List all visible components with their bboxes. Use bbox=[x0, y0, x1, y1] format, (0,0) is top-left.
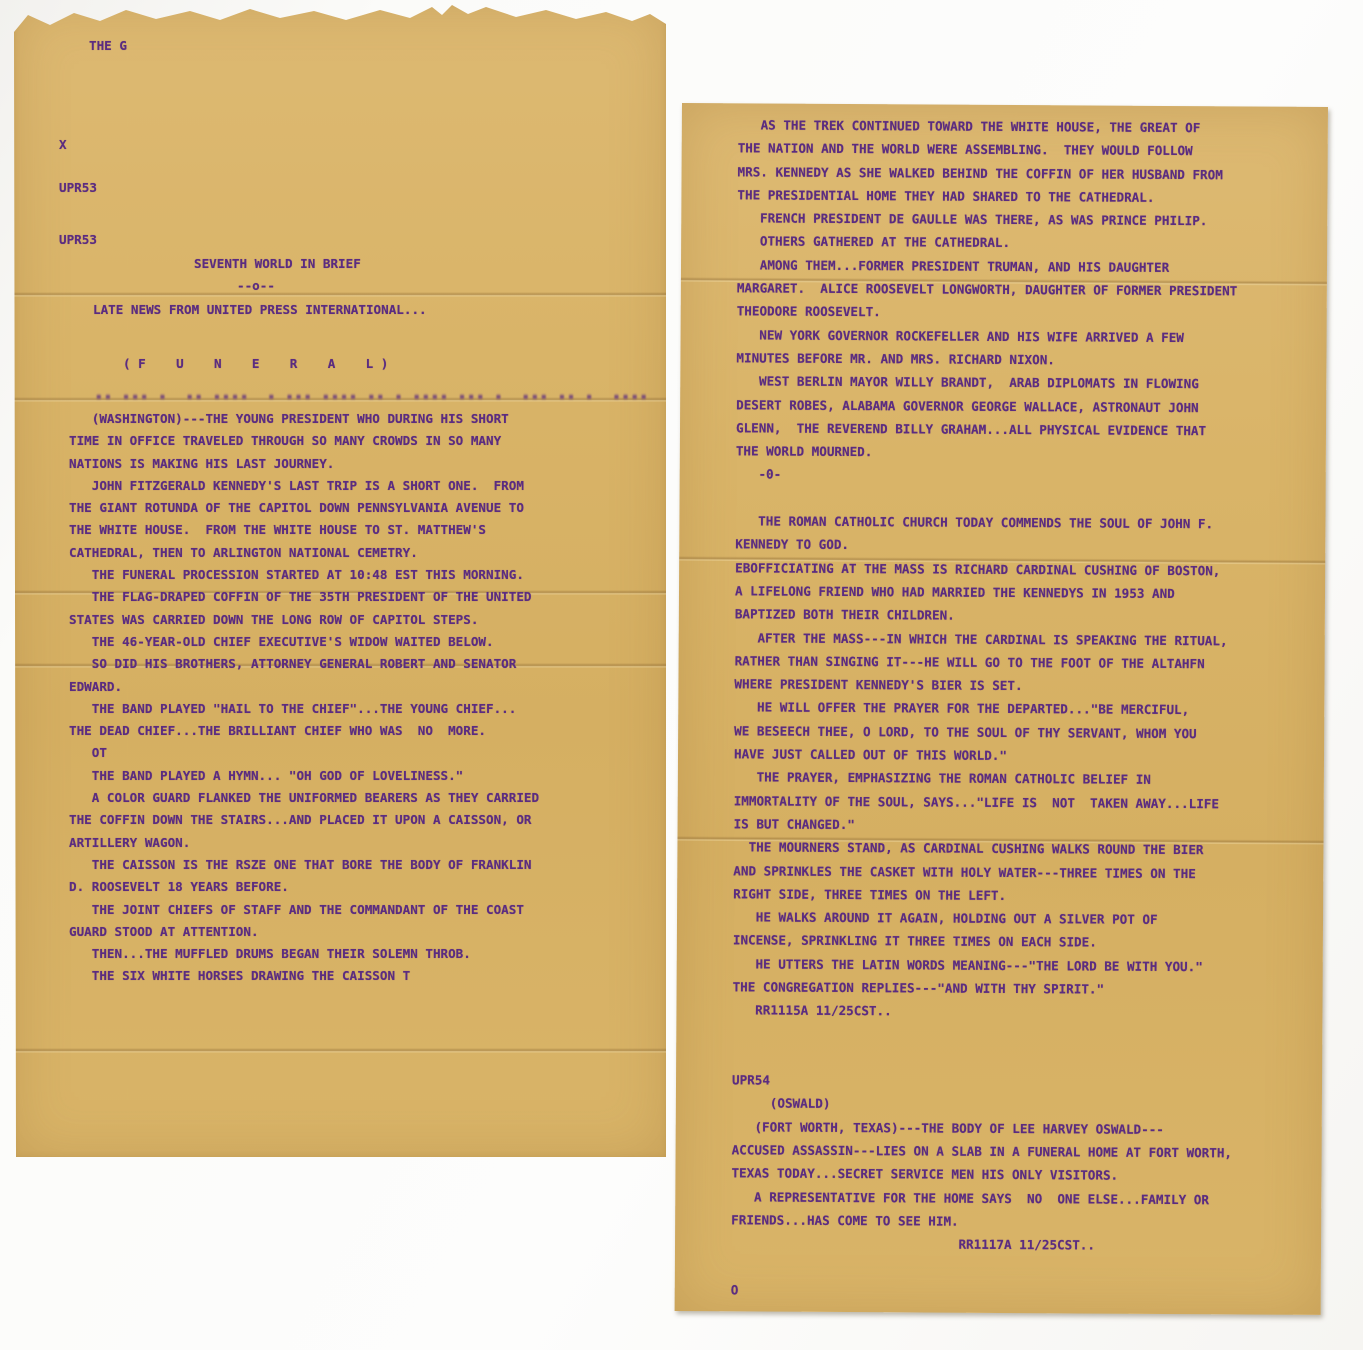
left-telegram-page: THE G X UPR53 UPR53 SEVENTH WORLD IN BRI… bbox=[14, 4, 666, 1157]
fold-crease bbox=[14, 1048, 666, 1053]
right-page-body-text: AS THE TREK CONTINUED TOWARD THE WHITE H… bbox=[731, 113, 1239, 1304]
fold-crease bbox=[14, 292, 666, 297]
wire-id-1: UPR53 bbox=[59, 180, 97, 195]
telegram-scan-background: THE G X UPR53 UPR53 SEVENTH WORLD IN BRI… bbox=[0, 0, 1363, 1350]
wire-id-2: UPR53 bbox=[59, 232, 97, 247]
left-page-body-text: (WASHINGTON)---THE YOUNG PRESIDENT WHO D… bbox=[69, 408, 539, 988]
wire-slug: THE G bbox=[89, 38, 127, 53]
section-heading-funeral: ( F U N E R A L ) bbox=[123, 356, 388, 371]
right-telegram-page: AS THE TREK CONTINUED TOWARD THE WHITE H… bbox=[675, 103, 1328, 1315]
brief-title: SEVENTH WORLD IN BRIEF bbox=[194, 256, 361, 271]
brief-separator: --o-- bbox=[237, 278, 275, 293]
overstrike-smudge: -- --- - -- ---- - --- ---- -- - ---- --… bbox=[95, 382, 649, 409]
routing-char: X bbox=[59, 137, 67, 152]
brief-subtitle: LATE NEWS FROM UNITED PRESS INTERNATIONA… bbox=[93, 302, 427, 317]
